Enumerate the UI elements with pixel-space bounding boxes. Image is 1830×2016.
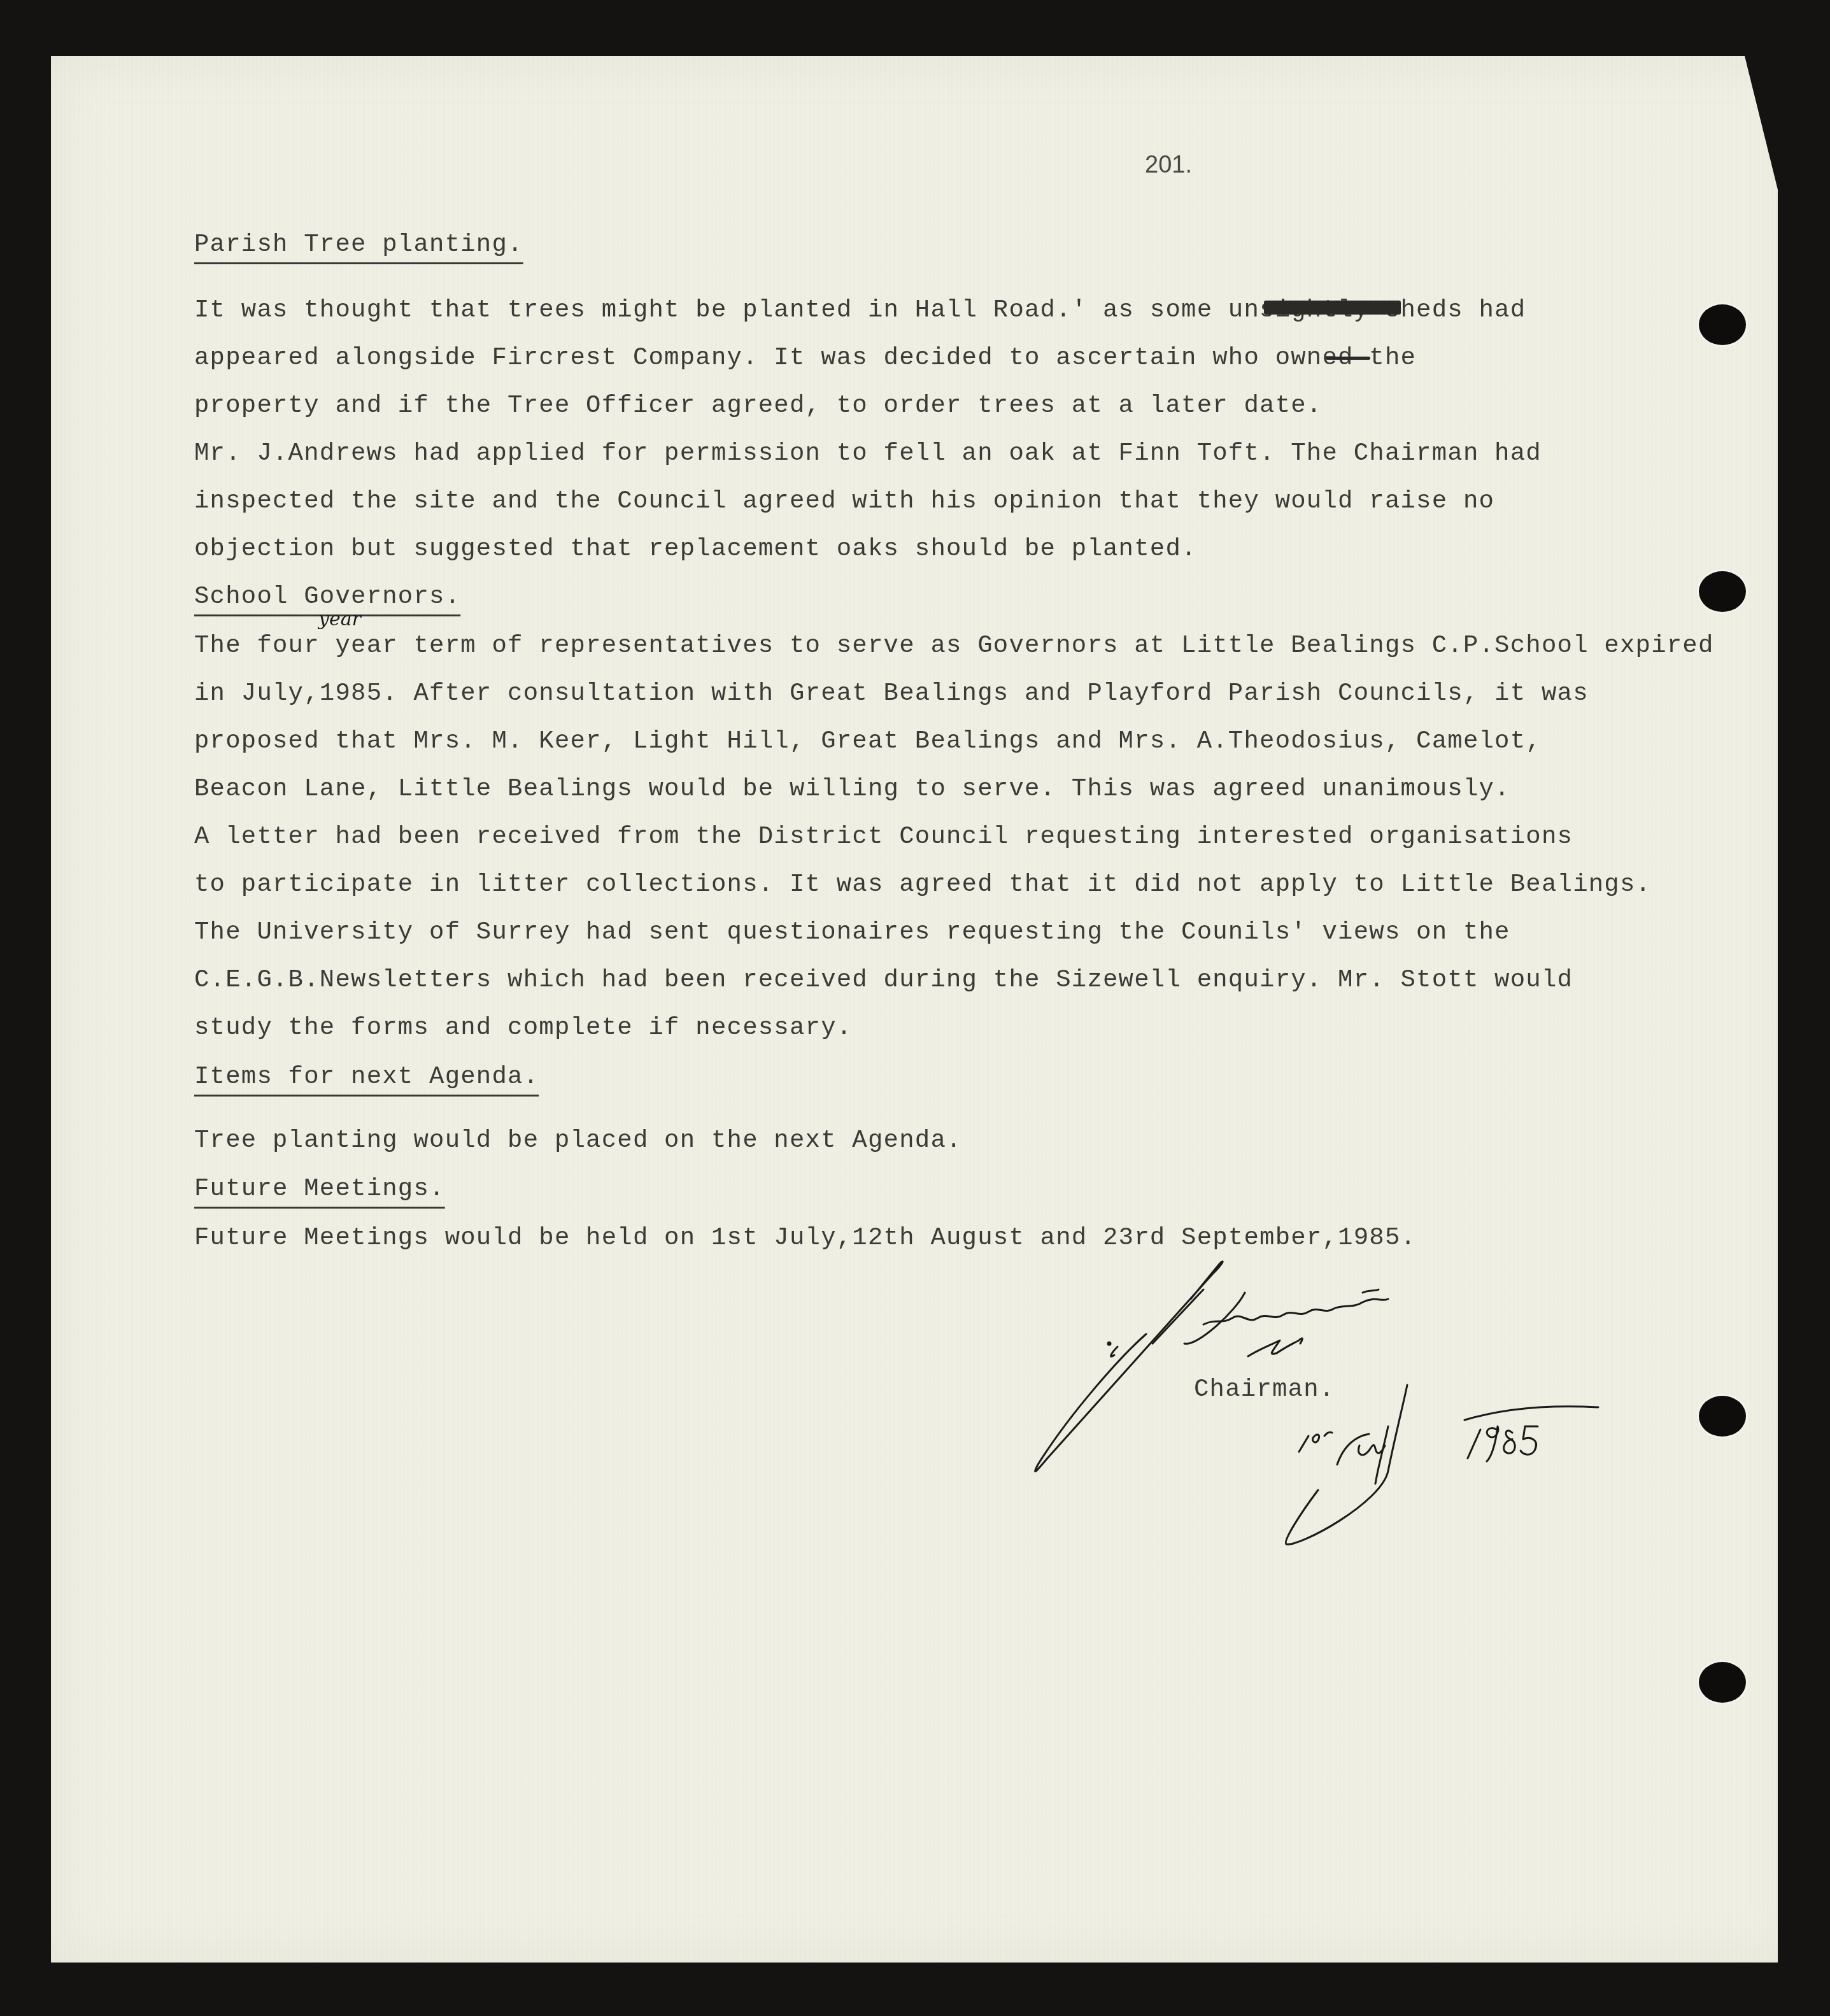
strikethrough-the <box>1326 357 1370 360</box>
section-heading-items-for-next-agenda: Items for next Agenda. <box>194 1065 539 1090</box>
section-heading-school-governors: School Governors. <box>194 585 460 609</box>
strikethrough-unsightly <box>1264 301 1401 315</box>
body-line: Future Meetings would be held on 1st Jul… <box>194 1226 1416 1251</box>
section-heading-parish-tree-planting: Parish Tree planting. <box>194 232 523 257</box>
body-line: to participate in litter collections. It… <box>194 872 1651 897</box>
punch-hole-1 <box>1699 304 1746 345</box>
page-number: 201. <box>1145 152 1192 179</box>
body-line: Tree planting would be placed on the nex… <box>194 1128 962 1153</box>
body-line: appeared alongside Fircrest Company. It … <box>194 346 1416 371</box>
body-line: in July,1985. After consultation with Gr… <box>194 681 1589 706</box>
document-page <box>51 56 1796 1963</box>
punch-hole-2 <box>1699 571 1746 612</box>
body-line: inspected the site and the Council agree… <box>194 489 1494 514</box>
handwritten-insertion-year: year <box>318 608 361 630</box>
body-line: property and if the Tree Officer agreed,… <box>194 394 1322 418</box>
signatory-title: Chairman. <box>1194 1377 1335 1402</box>
body-line: objection but suggested that replacement… <box>194 537 1197 562</box>
body-line: The University of Surrey had sent questi… <box>194 920 1510 945</box>
body-line: The four year term of representatives to… <box>194 634 1714 658</box>
body-line: proposed that Mrs. M. Keer, Light Hill, … <box>194 729 1542 754</box>
punch-hole-3 <box>1699 1396 1746 1437</box>
section-heading-future-meetings: Future Meetings. <box>194 1177 445 1202</box>
body-line: A letter had been received from the Dist… <box>194 825 1573 849</box>
body-line: Mr. J.Andrews had applied for permission… <box>194 441 1542 466</box>
body-line: C.E.G.B.Newsletters which had been recei… <box>194 968 1573 993</box>
body-line: Beacon Lane, Little Bealings would be wi… <box>194 777 1510 802</box>
body-line: study the forms and complete if necessar… <box>194 1016 852 1040</box>
punch-hole-4 <box>1699 1662 1746 1703</box>
